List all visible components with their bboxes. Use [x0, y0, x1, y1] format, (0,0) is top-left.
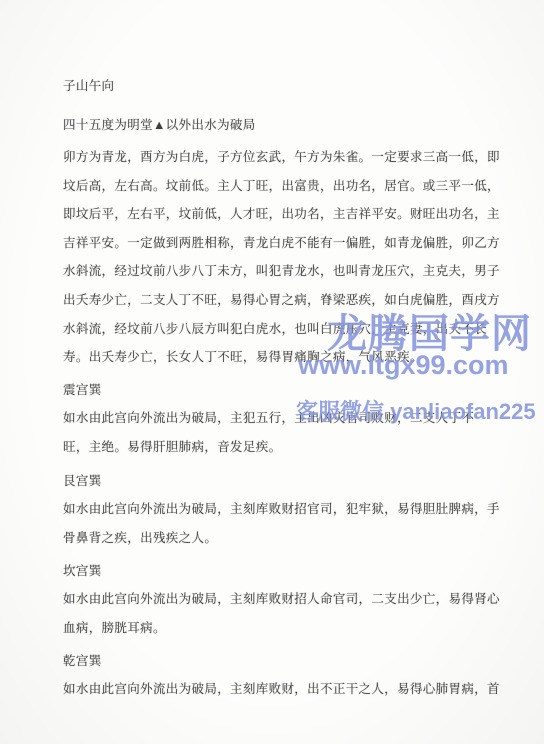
section-heading-zhen: 震宫巽: [63, 380, 503, 400]
text-line: 如水由此宫向外流出为破局，主刻库败财招人命官司，二支出少亡，易得肾心: [63, 585, 503, 614]
page-title: 子山午向: [63, 76, 503, 96]
text-line: 骨鼻背之疾，出残疾之人。: [63, 524, 503, 553]
text-line: 水斜流，经过坟前八步八丁未方，叫犯青龙水，也叫青龙压穴，主克夫，男子: [63, 257, 503, 286]
section-paragraph-gen: 如水由此宫向外流出为破局，主刻库败财招官司，犯牢狱，易得胆肚脾病，手骨鼻背之疾，…: [63, 495, 503, 552]
text-line: 水斜流，经坟前八步八辰方叫犯白虎水，也叫白虎压穴，主克妻，出夭不长: [63, 315, 503, 344]
section-paragraph-zhen: 如水由此宫向外流出为破局，主犯五行，主出凶灾官司败财，二支人丁不旺，主绝。易得肝…: [63, 404, 503, 461]
text-line: 即坟后平，左右平，坟前低，人才旺，出功名，主吉祥平安。财旺出功名，主: [63, 200, 503, 229]
section-paragraph-kan: 如水由此宫向外流出为破局，主刻库败财招人命官司，二支出少亡，易得肾心血病，膀胱耳…: [63, 585, 503, 642]
text-line: 出夭寿少亡，二支人丁不旺，易得心胃之病，脊梁恶疾，如白虎偏胜，酉戌方: [63, 286, 503, 315]
section-heading-gen: 艮宫巽: [63, 471, 503, 491]
intro-paragraph: 卯方为青龙，酉方为白虎，子方位玄武，午方为朱雀。一定要求三高一低，即坟后高，左右…: [63, 143, 503, 372]
text-line: 坟后高，左右高。坟前低。主人丁旺，出富贵，出功名，居官。或三平一低，: [63, 172, 503, 201]
text-line: 血病，膀胱耳病。: [63, 614, 503, 643]
section-heading-qian: 乾宫巽: [63, 651, 503, 671]
text-line: 如水由此宫向外流出为破局，主犯五行，主出凶灾官司败财，二支人丁不: [63, 404, 503, 433]
subtitle: 四十五度为明堂▲以外出水为破局: [63, 115, 503, 135]
document-page: 子山午向 四十五度为明堂▲以外出水为破局 卯方为青龙，酉方为白虎，子方位玄武，午…: [0, 0, 544, 744]
text-line: 卯方为青龙，酉方为白虎，子方位玄武，午方为朱雀。一定要求三高一低，即: [63, 143, 503, 172]
text-line: 寿。出夭寿少亡，长女人丁不旺，易得胃痛胸之病，气风恶疾。: [63, 343, 503, 372]
text-line: 吉祥平安。一定做到两胜相称，青龙白虎不能有一偏胜，如青龙偏胜，卯乙方: [63, 229, 503, 258]
section-heading-kan: 坎宫巽: [63, 561, 503, 581]
text-line: 如水由此宫向外流出为破局，主刻库败财，出不正干之人，易得心肺胃病，首: [63, 675, 503, 704]
text-line: 旺，主绝。易得肝胆肺病，音发足疾。: [63, 433, 503, 462]
text-line: 如水由此宫向外流出为破局，主刻库败财招官司，犯牢狱，易得胆肚脾病，手: [63, 495, 503, 524]
section-paragraph-qian: 如水由此宫向外流出为破局，主刻库败财，出不正干之人，易得心肺胃病，首: [63, 675, 503, 704]
